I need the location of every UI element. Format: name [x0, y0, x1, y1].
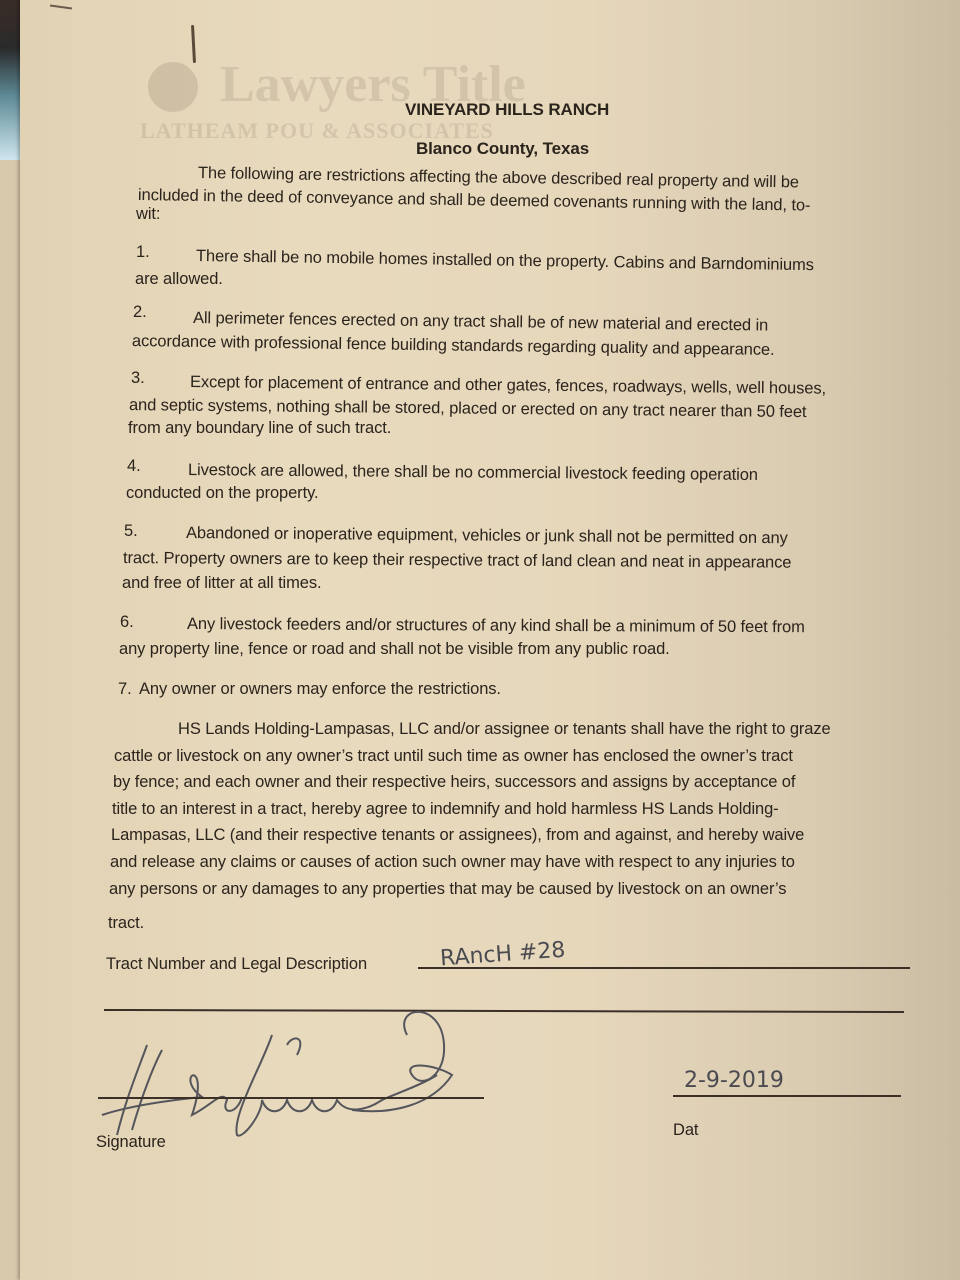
- restriction-text: are allowed.: [135, 270, 223, 289]
- restriction-text: Any livestock feeders and/or structures …: [187, 615, 805, 637]
- restriction-text: and free of litter at all times.: [122, 574, 321, 593]
- restriction-text: Abandoned or inoperative equipment, vehi…: [186, 524, 788, 548]
- restriction-text: Livestock are allowed, there shall be no…: [188, 461, 758, 485]
- restriction-text: any property line, fence or road and sha…: [119, 640, 670, 659]
- tract-label: Tract Number and Legal Description: [106, 955, 367, 974]
- restriction-text: There shall be no mobile homes installed…: [196, 247, 814, 275]
- restriction-text: conducted on the property.: [126, 484, 318, 503]
- intro-line: wit:: [136, 205, 160, 224]
- restriction-text: All perimeter fences erected on any trac…: [193, 309, 768, 336]
- grazing-paragraph-line: cattle or livestock on any owner’s tract…: [114, 747, 793, 766]
- restriction-number: 2.: [133, 303, 147, 322]
- restriction-text: tract. Property owners are to keep their…: [123, 549, 792, 573]
- restriction-number: 7.: [118, 680, 132, 699]
- restriction-number: 6.: [120, 613, 134, 632]
- restriction-number: 5.: [124, 522, 138, 541]
- grazing-paragraph-line: title to an interest in a tract, hereby …: [112, 800, 779, 819]
- signature-line: [98, 1097, 484, 1099]
- signature-label: Signature: [96, 1133, 166, 1152]
- grazing-paragraph-line: any persons or any damages to any proper…: [109, 880, 786, 899]
- date-line: [673, 1095, 901, 1097]
- restriction-text: Any owner or owners may enforce the rest…: [139, 680, 501, 699]
- document-title: VINEYARD HILLS RANCH: [405, 100, 609, 120]
- restriction-number: 1.: [136, 243, 150, 262]
- grazing-paragraph-line: HS Lands Holding-Lampasas, LLC and/or as…: [178, 720, 831, 739]
- restriction-number: 4.: [127, 457, 141, 476]
- document: VINEYARD HILLS RANCH Blanco County, Texa…: [0, 0, 960, 1280]
- grazing-paragraph-line: by fence; and each owner and their respe…: [113, 773, 795, 792]
- grazing-paragraph-line: Lampasas, LLC (and their respective tena…: [111, 826, 804, 845]
- grazing-paragraph-line: tract.: [108, 914, 144, 933]
- restriction-text: Except for placement of entrance and oth…: [190, 373, 826, 399]
- grazing-paragraph-line: and release any claims or causes of acti…: [110, 853, 795, 872]
- restriction-text: accordance with professional fence build…: [132, 332, 775, 360]
- document-subtitle: Blanco County, Texas: [416, 139, 589, 159]
- restriction-text: from any boundary line of such tract.: [128, 419, 391, 438]
- date-label: Dat: [673, 1121, 698, 1140]
- date-value[interactable]: 2-9-2019: [684, 1068, 784, 1093]
- handwritten-signature: [92, 1005, 512, 1145]
- restriction-number: 3.: [131, 369, 145, 388]
